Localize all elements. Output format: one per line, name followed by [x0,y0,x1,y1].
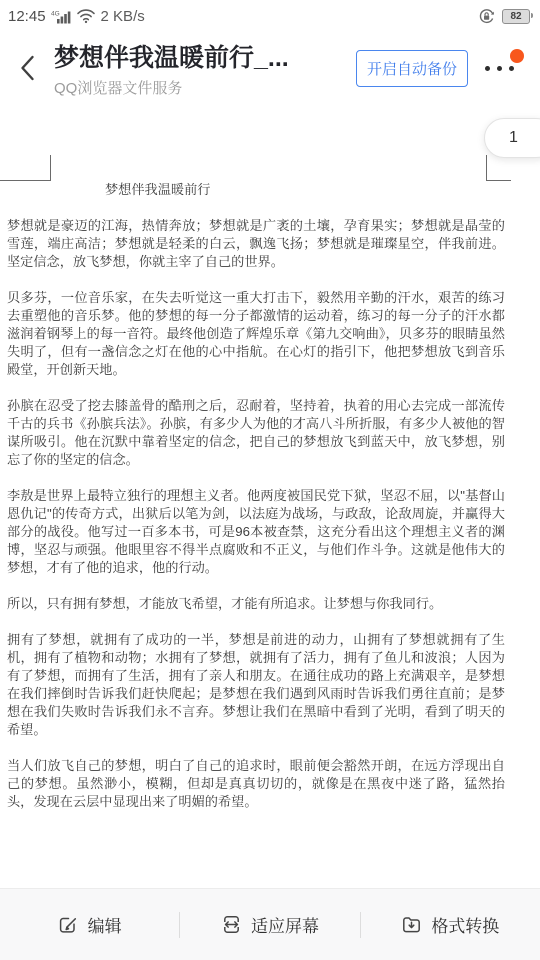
back-button[interactable] [0,40,54,96]
clock: 12:45 [8,8,46,25]
doc-paragraph: 孙膑在忍受了挖去膝盖骨的酷刑之后，忍耐着，坚持着，执着的用心去完成一部流传千古的… [7,397,505,469]
edit-label: 编辑 [88,912,122,937]
page-number: 1 [509,129,518,147]
bottom-toolbar: 编辑 适应屏幕 [0,888,540,960]
svg-text:4G: 4G [51,10,60,17]
fit-screen-icon [221,914,242,935]
doc-paragraph: 当人们放飞自己的梦想，明白了自己的追求时，眼前便会豁然开朗，在远方浮现出自己的梦… [7,757,505,811]
doc-paragraph: 李敖是世界上最特立独行的理想主义者。他两度被国民党下狱，坚忍不屈，以"基督山恩仇… [7,487,505,577]
file-title: 梦想伴我温暖前行_... [54,38,350,74]
doc-paragraph: 拥有了梦想，就拥有了成功的一半，梦想是前进的动力，山拥有了梦想就拥有了生机，拥有… [7,631,505,739]
doc-paragraph: 贝多芬，一位音乐家，在失去听觉这一重大打击下，毅然用辛勤的汗水，艰苦的练习去重塑… [7,289,505,379]
fit-screen-button[interactable]: 适应屏幕 [180,912,359,937]
page-corner-mark-right [486,155,511,181]
document-view[interactable]: 1 梦想伴我温暖前行 梦想就是豪迈的江海，热情奔放；梦想就是广袤的土壤，孕育果实… [0,106,540,960]
auto-backup-button[interactable]: 开启自动备份 [356,50,468,87]
doc-paragraph: 梦想就是豪迈的江海，热情奔放；梦想就是广袤的土壤，孕育果实；梦想就是晶莹的雪莲，… [7,217,505,271]
status-bar: 12:45 4G 2 KB/s [0,0,540,30]
header: 梦想伴我温暖前行_... QQ浏览器文件服务 开启自动备份 [0,30,540,106]
format-convert-button[interactable]: 格式转换 [361,912,540,937]
page-corner-mark-left [0,155,51,181]
edit-button[interactable]: 编辑 [0,912,179,937]
more-menu-button[interactable] [468,45,530,91]
page-number-badge: 1 [484,118,540,158]
more-dots-icon [485,66,490,71]
rotation-lock-icon [478,8,495,25]
doc-paragraph: 所以，只有拥有梦想，才能放飞希望，才能有所追求。让梦想与你我同行。 [7,595,505,613]
file-source-subtitle: QQ浏览器文件服务 [54,77,350,98]
format-convert-icon [401,914,422,935]
signal-strength-icon: 4G [51,9,71,24]
fit-screen-label: 适应屏幕 [251,912,319,937]
chevron-left-icon [20,55,35,81]
format-convert-label: 格式转换 [431,912,499,937]
battery-icon: 82 [502,9,530,24]
title-block: 梦想伴我温暖前行_... QQ浏览器文件服务 [54,38,350,98]
notification-dot [510,49,524,63]
network-speed: 2 KB/s [101,8,145,25]
battery-percent: 82 [510,11,521,22]
document-title: 梦想伴我温暖前行 [7,181,505,199]
screen: 12:45 4G 2 KB/s [0,0,540,960]
wifi-icon [76,8,96,24]
edit-icon [58,914,79,935]
